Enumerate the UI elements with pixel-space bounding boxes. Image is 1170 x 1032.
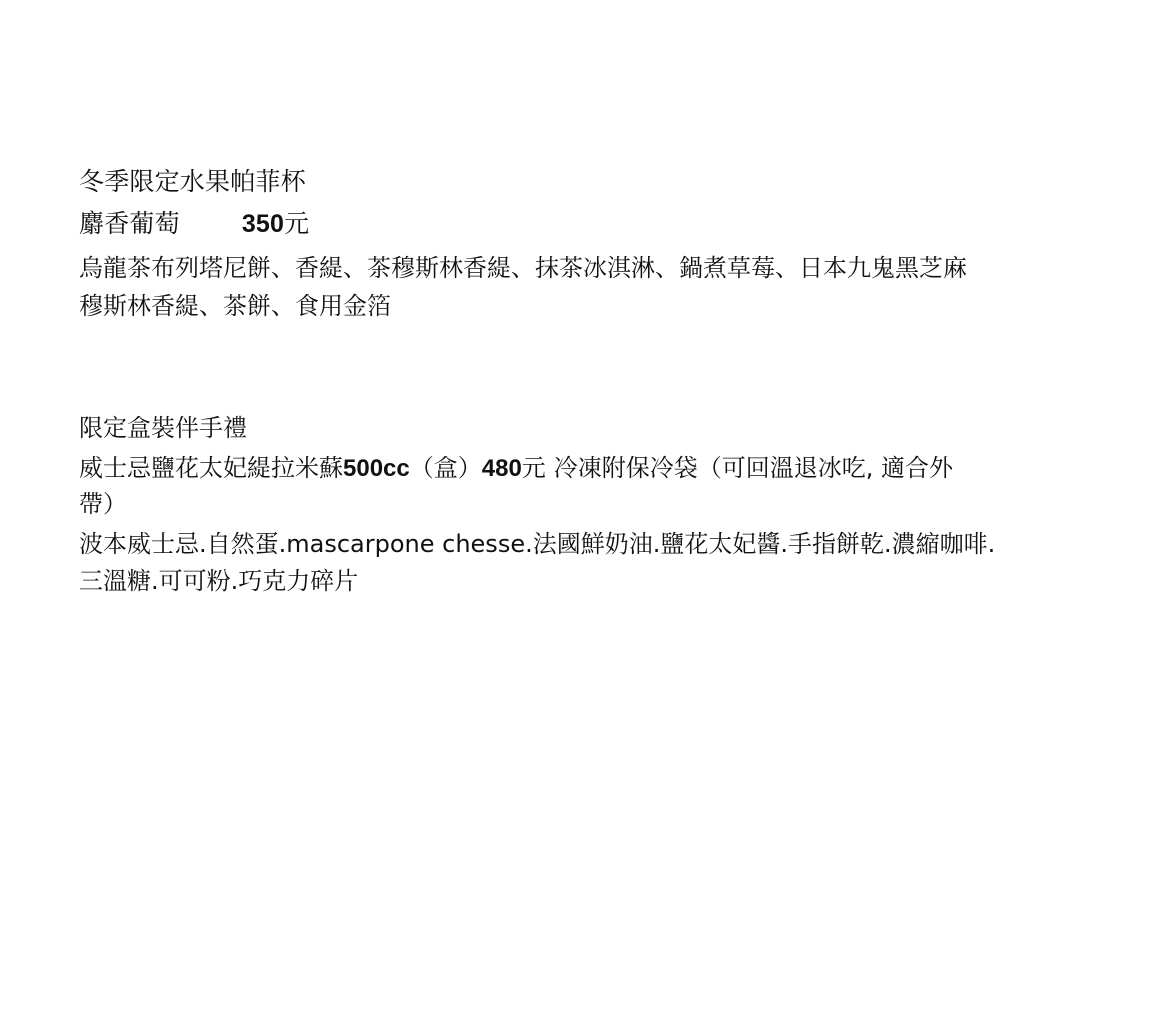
item-note: 冷凍附保冷袋（可回溫退冰吃, 適合外 [554, 454, 953, 482]
item-volume: 500cc [343, 455, 410, 482]
item-note-continued: 帶） [79, 486, 127, 522]
section-title: 冬季限定水果帕菲杯 [79, 164, 306, 200]
menu-item-row: 麝香葡萄350元 [79, 206, 309, 242]
ingredients-line-2: 三溫糖.可可粉.巧克力碎片 [79, 563, 358, 599]
currency-label: 元 [284, 209, 309, 238]
item-unit: （盒） [410, 454, 482, 482]
section-title: 限定盒裝伴手禮 [79, 410, 247, 446]
currency-label: 元 [522, 454, 546, 482]
ingredients-line-1: 烏龍茶布列塔尼餅、香緹、茶穆斯林香緹、抹茶冰淇淋、鍋煮草莓、日本九鬼黑芝麻 [79, 250, 967, 286]
item-price: 480 [482, 455, 522, 482]
menu-item-row: 威士忌鹽花太妃緹拉米蘇500cc（盒）480元冷凍附保冷袋（可回溫退冰吃, 適合… [79, 450, 953, 487]
item-price: 350 [242, 210, 284, 238]
item-name: 威士忌鹽花太妃緹拉米蘇 [79, 454, 343, 482]
ingredients-line-1: 波本威士忌.自然蛋.mascarpone chesse.法國鮮奶油.鹽花太妃醬.… [79, 526, 995, 562]
item-name: 麝香葡萄 [79, 209, 180, 238]
ingredients-line-2: 穆斯林香緹、茶餅、食用金箔 [79, 288, 391, 324]
